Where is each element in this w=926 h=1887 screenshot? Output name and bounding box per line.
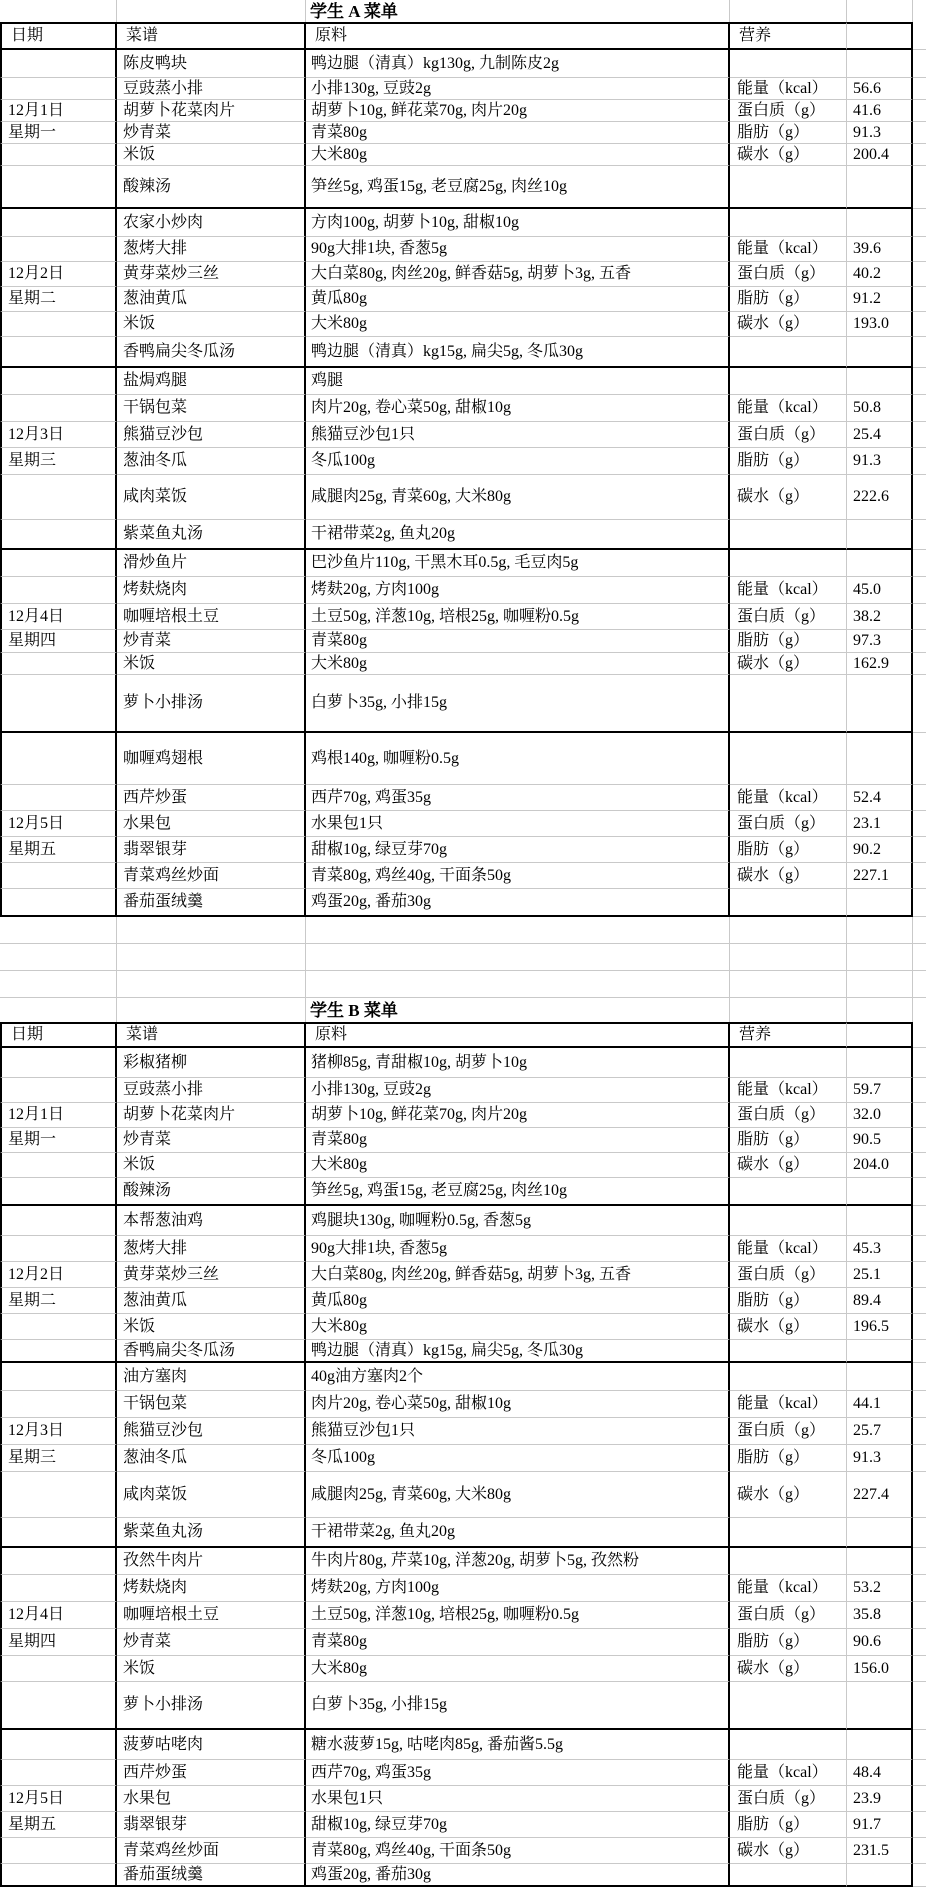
nutrition-label-cell: 能量（kcal） [730, 395, 847, 422]
ingredients-cell: 熊猫豆沙包1只 [306, 1418, 730, 1445]
nutrition-value-cell: 48.4 [847, 1760, 913, 1786]
ingredients-cell: 西芹70g, 鸡蛋35g [306, 1760, 730, 1786]
nutrition-label-cell: 碳水（g） [730, 863, 847, 889]
ingredients-cell: 熊猫豆沙包1只 [306, 422, 730, 448]
menu-row: 星期四炒青菜青菜80g脂肪（g）97.3 [0, 630, 926, 653]
nutrition-label-cell [730, 50, 847, 78]
nutrition-label-cell [730, 1178, 847, 1206]
date-cell: 星期二 [0, 1288, 117, 1314]
nutrition-value-cell: 23.9 [847, 1786, 913, 1812]
ingredients-cell: 烤麸20g, 方肉100g [306, 1575, 730, 1602]
menu-row: 米饭大米80g碳水（g）162.9 [0, 653, 926, 675]
menu-row: 西芹炒蛋西芹70g, 鸡蛋35g能量（kcal）48.4 [0, 1760, 926, 1786]
dish-cell: 油方塞肉 [117, 1363, 306, 1391]
grid-filler [913, 122, 926, 144]
grid-filler [913, 1730, 926, 1760]
ingredients-cell: 冬瓜100g [306, 1445, 730, 1472]
menu-row: 萝卜小排汤白萝卜35g, 小排15g [0, 675, 926, 733]
dish-cell: 米饭 [117, 1314, 306, 1340]
nutrition-label-cell: 碳水（g） [730, 653, 847, 675]
nutrition-label-cell: 脂肪（g） [730, 122, 847, 144]
nutrition-value-cell: 44.1 [847, 1391, 913, 1418]
date-cell [0, 1864, 117, 1887]
date-cell [0, 144, 117, 166]
nutrition-value-cell: 39.6 [847, 237, 913, 262]
nutrition-label-cell [730, 1206, 847, 1236]
nutrition-label-cell: 脂肪（g） [730, 1288, 847, 1314]
ingredients-cell: 白萝卜35g, 小排15g [306, 675, 730, 733]
nutrition-label-cell: 脂肪（g） [730, 630, 847, 653]
column-header-recipe: 菜谱 [117, 1022, 306, 1048]
grid-filler [913, 1048, 926, 1078]
grid-filler [913, 1078, 926, 1103]
section-title: 学生 A 菜单 [306, 0, 730, 22]
nutrition-label-cell [730, 1518, 847, 1548]
date-cell [0, 1078, 117, 1103]
grid-filler [913, 78, 926, 100]
grid-filler [913, 262, 926, 287]
menu-row: 番茄蛋绒羹鸡蛋20g, 番茄30g [0, 1864, 926, 1887]
nutrition-value-cell [847, 1864, 913, 1887]
empty-cell [0, 917, 117, 944]
date-cell [0, 1518, 117, 1548]
ingredients-cell: 青菜80g, 鸡丝40g, 干面条50g [306, 863, 730, 889]
nutrition-value-cell [847, 889, 913, 917]
date-cell: 星期三 [0, 1445, 117, 1472]
dish-cell: 西芹炒蛋 [117, 785, 306, 811]
menu-row: 米饭大米80g碳水（g）193.0 [0, 312, 926, 337]
nutrition-label-cell: 脂肪（g） [730, 837, 847, 863]
date-cell [0, 889, 117, 917]
grid-filler [913, 337, 926, 368]
date-cell: 星期二 [0, 287, 117, 312]
date-cell: 星期四 [0, 1629, 117, 1656]
dish-cell: 葱烤大排 [117, 237, 306, 262]
nutrition-value-cell [847, 1206, 913, 1236]
table-header-row: 日期菜谱原料营养 [0, 22, 926, 50]
nutrition-value-cell: 45.3 [847, 1236, 913, 1262]
dish-cell: 翡翠银芽 [117, 837, 306, 863]
dish-cell: 水果包 [117, 811, 306, 837]
nutrition-label-cell: 蛋白质（g） [730, 1103, 847, 1128]
empty-cell [913, 971, 926, 998]
nutrition-label-cell: 蛋白质（g） [730, 422, 847, 448]
ingredients-cell: 大米80g [306, 1314, 730, 1340]
grid-filler [913, 1864, 926, 1887]
menu-row: 米饭大米80g碳水（g）196.5 [0, 1314, 926, 1340]
dish-cell: 豆豉蒸小排 [117, 78, 306, 100]
menu-row: 星期五翡翠银芽甜椒10g, 绿豆芽70g脂肪（g）90.2 [0, 837, 926, 863]
dish-cell: 豆豉蒸小排 [117, 1078, 306, 1103]
dish-cell: 烤麸烧肉 [117, 577, 306, 604]
dish-cell: 葱油黄瓜 [117, 1288, 306, 1314]
dish-cell: 葱油冬瓜 [117, 1445, 306, 1472]
nutrition-label-cell [730, 675, 847, 733]
dish-cell: 炒青菜 [117, 1128, 306, 1153]
nutrition-label-cell: 脂肪（g） [730, 287, 847, 312]
ingredients-cell: 甜椒10g, 绿豆芽70g [306, 1812, 730, 1838]
nutrition-label-cell [730, 550, 847, 577]
nutrition-value-cell: 23.1 [847, 811, 913, 837]
nutrition-value-cell: 91.3 [847, 448, 913, 475]
nutrition-label-cell: 碳水（g） [730, 1472, 847, 1518]
nutrition-value-cell: 32.0 [847, 1103, 913, 1128]
nutrition-label-cell [730, 166, 847, 209]
grid-filler [913, 837, 926, 863]
dish-cell: 葱烤大排 [117, 1236, 306, 1262]
nutrition-value-cell: 25.7 [847, 1418, 913, 1445]
date-cell [0, 78, 117, 100]
date-cell [0, 733, 117, 785]
menu-spreadsheet: 学生 A 菜单日期菜谱原料营养陈皮鸭块鸭边腿（清真）kg130g, 九制陈皮2g… [0, 0, 926, 1887]
grid-filler [913, 100, 926, 122]
nutrition-value-cell: 90.6 [847, 1629, 913, 1656]
nutrition-value-cell [847, 1363, 913, 1391]
date-cell [0, 1656, 117, 1682]
nutrition-label-cell [730, 0, 847, 22]
nutrition-label-cell: 碳水（g） [730, 1314, 847, 1340]
date-cell: 星期四 [0, 630, 117, 653]
nutrition-value-cell: 90.5 [847, 1128, 913, 1153]
ingredients-cell: 黄瓜80g [306, 287, 730, 312]
nutrition-label-cell: 能量（kcal） [730, 1078, 847, 1103]
date-cell [0, 1730, 117, 1760]
date-cell: 12月1日 [0, 1103, 117, 1128]
menu-row: 香鸭扁尖冬瓜汤鸭边腿（清真）kg15g, 扁尖5g, 冬瓜30g [0, 1340, 926, 1363]
date-cell [0, 1340, 117, 1363]
dish-cell: 滑炒鱼片 [117, 550, 306, 577]
column-header-nutrition: 营养 [730, 1022, 847, 1048]
nutrition-value-cell: 196.5 [847, 1314, 913, 1340]
menu-row: 青菜鸡丝炒面青菜80g, 鸡丝40g, 干面条50g碳水（g）231.5 [0, 1838, 926, 1864]
menu-row: 米饭大米80g碳水（g）156.0 [0, 1656, 926, 1682]
grid-filler [913, 1445, 926, 1472]
nutrition-value-cell: 91.7 [847, 1812, 913, 1838]
menu-row: 油方塞肉40g油方塞肉2个 [0, 1363, 926, 1391]
nutrition-value-cell [847, 1178, 913, 1206]
nutrition-value-cell: 25.4 [847, 422, 913, 448]
grid-filler [913, 1418, 926, 1445]
empty-cell [847, 917, 913, 944]
ingredients-cell: 大米80g [306, 1153, 730, 1178]
dish-cell: 咸肉菜饭 [117, 1472, 306, 1518]
grid-filler [913, 166, 926, 209]
menu-row: 12月3日熊猫豆沙包熊猫豆沙包1只蛋白质（g）25.4 [0, 422, 926, 448]
nutrition-value-cell: 222.6 [847, 475, 913, 520]
dish-cell: 米饭 [117, 144, 306, 166]
date-cell [0, 550, 117, 577]
nutrition-label-cell [730, 889, 847, 917]
empty-row [0, 971, 926, 998]
ingredients-cell: 烤麸20g, 方肉100g [306, 577, 730, 604]
dish-cell: 本帮葱油鸡 [117, 1206, 306, 1236]
menu-row: 酸辣汤笋丝5g, 鸡蛋15g, 老豆腐25g, 肉丝10g [0, 166, 926, 209]
section-title-row: 学生 A 菜单 [0, 0, 926, 22]
grid-filler [913, 785, 926, 811]
nutrition-value-cell: 200.4 [847, 144, 913, 166]
grid-filler [913, 1288, 926, 1314]
menu-row: 干锅包菜肉片20g, 卷心菜50g, 甜椒10g能量（kcal）44.1 [0, 1391, 926, 1418]
nutrition-label-cell [730, 998, 847, 1022]
grid-filler [913, 604, 926, 630]
grid-filler [913, 1363, 926, 1391]
grid-filler [913, 1236, 926, 1262]
date-cell [0, 1391, 117, 1418]
nutrition-label-cell: 能量（kcal） [730, 1391, 847, 1418]
dish-cell: 紫菜鱼丸汤 [117, 1518, 306, 1548]
nutrition-value-cell: 227.1 [847, 863, 913, 889]
empty-cell [730, 944, 847, 971]
nutrition-label-cell: 能量（kcal） [730, 785, 847, 811]
ingredients-cell: 干裙带菜2g, 鱼丸20g [306, 1518, 730, 1548]
nutrition-label-cell: 蛋白质（g） [730, 1602, 847, 1629]
nutrition-label-cell [730, 520, 847, 550]
grid-filler [913, 550, 926, 577]
menu-row: 葱烤大排90g大排1块, 香葱5g能量（kcal）45.3 [0, 1236, 926, 1262]
empty-cell [730, 971, 847, 998]
dish-cell: 炒青菜 [117, 122, 306, 144]
menu-row: 萝卜小排汤白萝卜35g, 小排15g [0, 1682, 926, 1730]
ingredients-cell: 猪柳85g, 青甜椒10g, 胡萝卜10g [306, 1048, 730, 1078]
empty-cell [117, 971, 306, 998]
date-cell [0, 1760, 117, 1786]
nutrition-label-cell: 碳水（g） [730, 1153, 847, 1178]
date-cell: 星期五 [0, 837, 117, 863]
menu-row: 12月5日水果包水果包1只蛋白质（g）23.1 [0, 811, 926, 837]
grid-filler [913, 50, 926, 78]
nutrition-value-cell [847, 1340, 913, 1363]
nutrition-value-cell [847, 0, 913, 22]
menu-row: 陈皮鸭块鸭边腿（清真）kg130g, 九制陈皮2g [0, 50, 926, 78]
date-cell [0, 337, 117, 368]
dish-cell: 黄芽菜炒三丝 [117, 262, 306, 287]
table-header-row: 日期菜谱原料营养 [0, 1022, 926, 1048]
nutrition-label-cell: 能量（kcal） [730, 237, 847, 262]
date-cell: 12月5日 [0, 1786, 117, 1812]
ingredients-cell: 土豆50g, 洋葱10g, 培根25g, 咖喱粉0.5g [306, 604, 730, 630]
date-cell [0, 50, 117, 78]
dish-cell: 熊猫豆沙包 [117, 1418, 306, 1445]
date-cell [0, 368, 117, 395]
ingredients-cell: 大米80g [306, 1656, 730, 1682]
ingredients-cell: 90g大排1块, 香葱5g [306, 237, 730, 262]
date-cell [0, 653, 117, 675]
grid-filler [913, 889, 926, 917]
ingredients-cell: 40g油方塞肉2个 [306, 1363, 730, 1391]
date-cell [0, 520, 117, 550]
nutrition-value-cell: 25.1 [847, 1262, 913, 1288]
nutrition-value-cell [847, 1518, 913, 1548]
dish-cell: 孜然牛肉片 [117, 1548, 306, 1575]
grid-filler [913, 811, 926, 837]
date-cell [0, 1838, 117, 1864]
dish-cell: 酸辣汤 [117, 1178, 306, 1206]
menu-row: 咸肉菜饭咸腿肉25g, 青菜60g, 大米80g碳水（g）227.4 [0, 1472, 926, 1518]
nutrition-value-cell: 162.9 [847, 653, 913, 675]
grid-filler [913, 368, 926, 395]
dish-cell: 番茄蛋绒羹 [117, 889, 306, 917]
nutrition-value-cell: 40.2 [847, 262, 913, 287]
nutrition-value-cell: 59.7 [847, 1078, 913, 1103]
nutrition-value-cell: 204.0 [847, 1153, 913, 1178]
menu-row: 咖喱鸡翅根鸡根140g, 咖喱粉0.5g [0, 733, 926, 785]
grid-filler [913, 1518, 926, 1548]
date-cell [0, 1206, 117, 1236]
nutrition-value-cell [847, 1548, 913, 1575]
dish-cell: 熊猫豆沙包 [117, 422, 306, 448]
menu-row: 西芹炒蛋西芹70g, 鸡蛋35g能量（kcal）52.4 [0, 785, 926, 811]
ingredients-cell: 大白菜80g, 肉丝20g, 鲜香菇5g, 胡萝卜3g, 五香 [306, 1262, 730, 1288]
ingredients-cell: 鸭边腿（清真）kg15g, 扁尖5g, 冬瓜30g [306, 337, 730, 368]
empty-cell [306, 917, 730, 944]
date-cell: 星期五 [0, 1812, 117, 1838]
nutrition-label-cell: 蛋白质（g） [730, 1262, 847, 1288]
menu-row: 12月3日熊猫豆沙包熊猫豆沙包1只蛋白质（g）25.7 [0, 1418, 926, 1445]
menu-row: 盐焗鸡腿鸡腿 [0, 368, 926, 395]
nutrition-value-cell [847, 733, 913, 785]
ingredients-cell: 肉片20g, 卷心菜50g, 甜椒10g [306, 395, 730, 422]
grid-filler [913, 630, 926, 653]
nutrition-label-cell: 碳水（g） [730, 144, 847, 166]
date-cell [0, 475, 117, 520]
empty-cell [117, 917, 306, 944]
date-cell [0, 675, 117, 733]
nutrition-value-cell [847, 1048, 913, 1078]
menu-row: 12月1日胡萝卜花菜肉片胡萝卜10g, 鲜花菜70g, 肉片20g蛋白质（g）4… [0, 100, 926, 122]
ingredients-cell: 干裙带菜2g, 鱼丸20g [306, 520, 730, 550]
nutrition-label-cell [730, 337, 847, 368]
nutrition-value-cell: 45.0 [847, 577, 913, 604]
grid-filler [913, 675, 926, 733]
section-title-row: 学生 B 菜单 [0, 998, 926, 1022]
nutrition-value-cell: 56.6 [847, 78, 913, 100]
nutrition-label-cell [730, 368, 847, 395]
menu-row: 星期一炒青菜青菜80g脂肪（g）90.5 [0, 1128, 926, 1153]
dish-cell: 米饭 [117, 1153, 306, 1178]
ingredients-cell: 小排130g, 豆豉2g [306, 1078, 730, 1103]
menu-row: 星期三葱油冬瓜冬瓜100g脂肪（g）91.3 [0, 1445, 926, 1472]
ingredients-cell: 青菜80g [306, 1629, 730, 1656]
grid-filler [913, 287, 926, 312]
nutrition-label-cell [730, 1363, 847, 1391]
empty-cell [306, 971, 730, 998]
ingredients-cell: 青菜80g [306, 1128, 730, 1153]
grid-filler [913, 422, 926, 448]
menu-row: 星期二葱油黄瓜黄瓜80g脂肪（g）89.4 [0, 1288, 926, 1314]
dish-cell: 咖喱培根土豆 [117, 1602, 306, 1629]
dish-cell: 米饭 [117, 312, 306, 337]
grid-filler [913, 1472, 926, 1518]
nutrition-value-cell [847, 550, 913, 577]
nutrition-label-cell: 碳水（g） [730, 1838, 847, 1864]
dish-cell: 西芹炒蛋 [117, 1760, 306, 1786]
grid-filler [913, 475, 926, 520]
nutrition-value-cell: 231.5 [847, 1838, 913, 1864]
nutrition-label-cell: 蛋白质（g） [730, 100, 847, 122]
date-cell [0, 0, 117, 22]
nutrition-label-cell: 脂肪（g） [730, 448, 847, 475]
menu-row: 米饭大米80g碳水（g）200.4 [0, 144, 926, 166]
section-title: 学生 B 菜单 [306, 998, 730, 1022]
column-header-value [847, 22, 913, 50]
empty-cell [913, 944, 926, 971]
nutrition-label-cell [730, 1864, 847, 1887]
nutrition-value-cell: 41.6 [847, 100, 913, 122]
nutrition-value-cell: 156.0 [847, 1656, 913, 1682]
nutrition-value-cell: 193.0 [847, 312, 913, 337]
date-cell: 12月4日 [0, 1602, 117, 1629]
dish-cell: 烤麸烧肉 [117, 1575, 306, 1602]
date-cell: 12月5日 [0, 811, 117, 837]
date-cell [0, 998, 117, 1022]
nutrition-label-cell [730, 1682, 847, 1730]
menu-row: 12月2日黄芽菜炒三丝大白菜80g, 肉丝20g, 鲜香菇5g, 胡萝卜3g, … [0, 262, 926, 287]
grid-filler [913, 1786, 926, 1812]
ingredients-cell: 笋丝5g, 鸡蛋15g, 老豆腐25g, 肉丝10g [306, 1178, 730, 1206]
menu-row: 12月4日咖喱培根土豆土豆50g, 洋葱10g, 培根25g, 咖喱粉0.5g蛋… [0, 604, 926, 630]
ingredients-cell: 90g大排1块, 香葱5g [306, 1236, 730, 1262]
date-cell [0, 209, 117, 237]
empty-cell [847, 944, 913, 971]
nutrition-label-cell [730, 1548, 847, 1575]
ingredients-cell: 土豆50g, 洋葱10g, 培根25g, 咖喱粉0.5g [306, 1602, 730, 1629]
ingredients-cell: 大白菜80g, 肉丝20g, 鲜香菇5g, 胡萝卜3g, 五香 [306, 262, 730, 287]
menu-row: 孜然牛肉片牛肉片80g, 芹菜10g, 洋葱20g, 胡萝卜5g, 孜然粉 [0, 1548, 926, 1575]
menu-row: 豆豉蒸小排小排130g, 豆豉2g能量（kcal）56.6 [0, 78, 926, 100]
ingredients-cell: 鸡腿 [306, 368, 730, 395]
date-cell: 星期一 [0, 122, 117, 144]
dish-cell: 盐焗鸡腿 [117, 368, 306, 395]
nutrition-label-cell: 蛋白质（g） [730, 1418, 847, 1445]
ingredients-cell: 青菜80g, 鸡丝40g, 干面条50g [306, 1838, 730, 1864]
menu-row: 农家小炒肉方肉100g, 胡萝卜10g, 甜椒10g [0, 209, 926, 237]
nutrition-value-cell [847, 166, 913, 209]
nutrition-value-cell [847, 50, 913, 78]
nutrition-value-cell: 227.4 [847, 1472, 913, 1518]
menu-row: 咸肉菜饭咸腿肉25g, 青菜60g, 大米80g碳水（g）222.6 [0, 475, 926, 520]
dish-cell: 咖喱鸡翅根 [117, 733, 306, 785]
dish-cell: 翡翠银芽 [117, 1812, 306, 1838]
menu-row: 酸辣汤笋丝5g, 鸡蛋15g, 老豆腐25g, 肉丝10g [0, 1178, 926, 1206]
date-cell [0, 1178, 117, 1206]
menu-row: 香鸭扁尖冬瓜汤鸭边腿（清真）kg15g, 扁尖5g, 冬瓜30g [0, 337, 926, 368]
nutrition-value-cell [847, 368, 913, 395]
empty-cell [847, 971, 913, 998]
nutrition-label-cell: 蛋白质（g） [730, 811, 847, 837]
ingredients-cell: 鸭边腿（清真）kg15g, 扁尖5g, 冬瓜30g [306, 1340, 730, 1363]
nutrition-label-cell: 蛋白质（g） [730, 1786, 847, 1812]
grid-filler [913, 1153, 926, 1178]
menu-row: 烤麸烧肉烤麸20g, 方肉100g能量（kcal）53.2 [0, 1575, 926, 1602]
nutrition-value-cell: 38.2 [847, 604, 913, 630]
date-cell: 星期一 [0, 1128, 117, 1153]
menu-row: 星期五翡翠银芽甜椒10g, 绿豆芽70g脂肪（g）91.7 [0, 1812, 926, 1838]
ingredients-cell: 小排130g, 豆豉2g [306, 78, 730, 100]
menu-row: 星期一炒青菜青菜80g脂肪（g）91.3 [0, 122, 926, 144]
ingredients-cell: 西芹70g, 鸡蛋35g [306, 785, 730, 811]
dish-cell: 萝卜小排汤 [117, 1682, 306, 1730]
grid-filler [913, 237, 926, 262]
nutrition-label-cell [730, 1048, 847, 1078]
grid-filler [913, 1760, 926, 1786]
ingredients-cell: 冬瓜100g [306, 448, 730, 475]
grid-filler [913, 1178, 926, 1206]
ingredients-cell: 白萝卜35g, 小排15g [306, 1682, 730, 1730]
empty-row [0, 917, 926, 944]
grid-filler [913, 0, 926, 22]
dish-cell: 干锅包菜 [117, 395, 306, 422]
dish-cell: 黄芽菜炒三丝 [117, 1262, 306, 1288]
